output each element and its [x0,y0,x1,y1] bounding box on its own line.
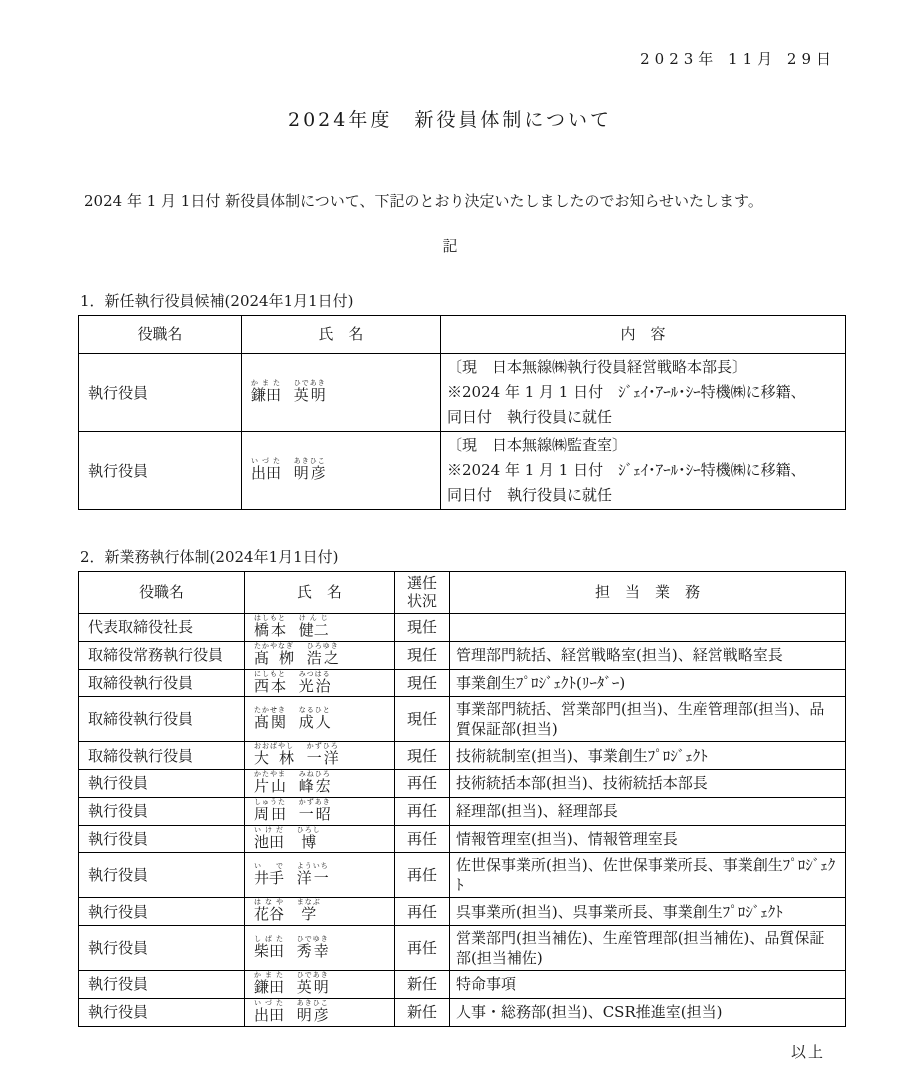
position-cell: 取締役執行役員 [79,742,245,770]
status-cell: 再任 [395,770,450,798]
status-cell: 再任 [395,926,450,971]
content-line: ※2024 年 1 月 1 日付 ｼﾞｪｲ･ｱｰﾙ･ｼｰ特機㈱に移籍、 [447,380,839,405]
content-line: 同日付 執行役員に就任 [447,483,839,508]
name-cell: 周田しゅうた 一昭かずあき [245,797,395,825]
position-cell: 執行役員 [79,853,245,898]
t1-header-2: 内 容 [441,315,846,353]
duties-cell: 技術統制室(担当)、事業創生ﾌﾟﾛｼﾞｪｸﾄ [450,742,846,770]
person-name-part: 橋本はしもと [254,621,286,639]
position-cell: 執行役員 [79,353,242,431]
position-cell: 執行役員 [79,971,245,999]
name-cell: 池田いけだ 博ひろし [245,825,395,853]
person-name-part: 峰宏みねひろ [299,777,331,795]
document-date: 2023年 11月 29日 [0,48,900,69]
t2-head-row: 役職名氏 名選任状況担 当 業 務 [79,571,846,614]
t2-header-2: 選任状況 [395,571,450,614]
t2-header-row: 役職名氏 名選任状況担 当 業 務 [79,571,846,614]
person-name-part: 出田いづた [251,464,281,482]
person-name-part: 髙栁たかやなぎ [254,649,294,667]
position-cell: 取締役常務執行役員 [79,641,245,669]
person-name-part: 明彦あきひこ [297,1006,329,1024]
person-name-part: 博ひろし [297,833,321,851]
status-cell: 現任 [395,669,450,697]
name-cell: 花谷はなや 学まなぶ [245,898,395,926]
name-cell: 髙関たかせき 成人なるひと [245,697,395,742]
person-name-part: 柴田しばた [254,942,284,960]
table-row: 取締役常務執行役員髙栁たかやなぎ 浩之ひろゆき現任管理部門統括、経営戦略室(担当… [79,641,846,669]
t1-head-row: 役職名氏 名内 容 [79,315,846,353]
table-row: 執行役員花谷はなや 学まなぶ再任呉事業所(担当)、呉事業所長、事業創生ﾌﾟﾛｼﾞ… [79,898,846,926]
person-name-part: 学まなぶ [297,905,321,923]
intro-paragraph: 2024 年 1 月 1日付 新役員体制について、下記のとおり決定いたしましたの… [84,190,850,213]
person-name-part: 池田いけだ [254,833,284,851]
t2-body: 代表取締役社長橋本はしもと 健二けんじ現任取締役常務執行役員髙栁たかやなぎ 浩之… [79,614,846,1027]
name-cell: 出田いづた 明彦あきひこ [242,431,441,509]
status-cell: 再任 [395,853,450,898]
duties-cell: 佐世保事業所(担当)、佐世保事業所長、事業創生ﾌﾟﾛｼﾞｪｸﾄ [450,853,846,898]
content-line: 〔現 日本無線㈱執行役員経営戦略本部長〕 [447,355,839,380]
duties-cell: 営業部門(担当補佐)、生産管理部(担当補佐)、品質保証部(担当補佐) [450,926,846,971]
name-cell: 鎌田かまた 英明ひであき [245,971,395,999]
business-execution-structure-table: 役職名氏 名選任状況担 当 業 務 代表取締役社長橋本はしもと 健二けんじ現任取… [78,571,846,1027]
content-cell: 〔現 日本無線㈱監査室〕※2024 年 1 月 1 日付 ｼﾞｪｲ･ｱｰﾙ･ｼｰ… [441,431,846,509]
table-row: 執行役員柴田しばた 秀幸ひでゆき再任営業部門(担当補佐)、生産管理部(担当補佐)… [79,926,846,971]
name-cell: 鎌田かまた 英明ひであき [242,353,441,431]
person-name-part: 井手いで [254,869,284,887]
person-name-part: 西本にしもと [254,677,286,695]
table-row: 執行役員出田いづた 明彦あきひこ新任人事・総務部(担当)、CSR推進室(担当) [79,998,846,1026]
status-cell: 現任 [395,742,450,770]
name-cell: 西本にしもと 光治みつはる [245,669,395,697]
t2-header-0: 役職名 [79,571,245,614]
position-cell: 取締役執行役員 [79,697,245,742]
duties-cell [450,614,846,642]
duties-cell: 事業部門統括、営業部門(担当)、生産管理部(担当)、品質保証部(担当) [450,697,846,742]
content-line: 〔現 日本無線㈱監査室〕 [447,433,839,458]
table-row: 代表取締役社長橋本はしもと 健二けんじ現任 [79,614,846,642]
person-name-part: 浩之ひろゆき [307,649,339,667]
position-cell: 執行役員 [79,770,245,798]
duties-cell: 技術統括本部(担当)、技術統括本部長 [450,770,846,798]
duties-cell: 経理部(担当)、経理部長 [450,797,846,825]
content-cell: 〔現 日本無線㈱執行役員経営戦略本部長〕※2024 年 1 月 1 日付 ｼﾞｪ… [441,353,846,431]
status-cell: 再任 [395,898,450,926]
duties-cell: 特命事項 [450,971,846,999]
duties-cell: 人事・総務部(担当)、CSR推進室(担当) [450,998,846,1026]
status-cell: 再任 [395,825,450,853]
t1-body: 執行役員鎌田かまた 英明ひであき〔現 日本無線㈱執行役員経営戦略本部長〕※202… [79,353,846,509]
table-row: 執行役員鎌田かまた 英明ひであき〔現 日本無線㈱執行役員経営戦略本部長〕※202… [79,353,846,431]
closing-marker: 以上 [0,1041,900,1062]
person-name-part: 秀幸ひでゆき [297,942,329,960]
status-cell: 新任 [395,971,450,999]
table-row: 執行役員片山かたやま 峰宏みねひろ再任技術統括本部(担当)、技術統括本部長 [79,770,846,798]
name-cell: 橋本はしもと 健二けんじ [245,614,395,642]
name-cell: 井手いで 洋一よういち [245,853,395,898]
section2-heading: 2．新業務執行体制(2024年1月1日付) [80,546,900,567]
position-cell: 執行役員 [79,431,242,509]
status-cell: 新任 [395,998,450,1026]
person-name-part: 鎌田かまた [254,978,284,996]
name-cell: 出田いづた 明彦あきひこ [245,998,395,1026]
table-row: 執行役員鎌田かまた 英明ひであき新任特命事項 [79,971,846,999]
t2-header-3: 担 当 業 務 [450,571,846,614]
position-cell: 執行役員 [79,797,245,825]
ki-marker: 記 [0,235,900,256]
document-page: 2023年 11月 29日 2024年度 新役員体制について 2024 年 1 … [0,0,900,1074]
t1-header-0: 役職名 [79,315,242,353]
person-name-part: 大林おおばやし [254,749,294,767]
status-cell: 現任 [395,614,450,642]
status-cell: 現任 [395,697,450,742]
duties-cell: 呉事業所(担当)、呉事業所長、事業創生ﾌﾟﾛｼﾞｪｸﾄ [450,898,846,926]
table-row: 取締役執行役員大林おおばやし 一洋かずひろ現任技術統制室(担当)、事業創生ﾌﾟﾛ… [79,742,846,770]
new-executive-candidates-table: 役職名氏 名内 容 執行役員鎌田かまた 英明ひであき〔現 日本無線㈱執行役員経営… [78,315,846,510]
section1-heading: 1．新任執行役員候補(2024年1月1日付) [80,290,900,311]
content-line: ※2024 年 1 月 1 日付 ｼﾞｪｲ･ｱｰﾙ･ｼｰ特機㈱に移籍、 [447,458,839,483]
name-cell: 片山かたやま 峰宏みねひろ [245,770,395,798]
table-row: 取締役執行役員髙関たかせき 成人なるひと現任事業部門統括、営業部門(担当)、生産… [79,697,846,742]
name-cell: 大林おおばやし 一洋かずひろ [245,742,395,770]
person-name-part: 髙関たかせき [254,713,286,731]
person-name-part: 花谷はなや [254,905,284,923]
table-row: 取締役執行役員西本にしもと 光治みつはる現任事業創生ﾌﾟﾛｼﾞｪｸﾄ(ﾘｰﾀﾞｰ… [79,669,846,697]
person-name-part: 光治みつはる [299,677,331,695]
table-row: 執行役員池田いけだ 博ひろし再任情報管理室(担当)、情報管理室長 [79,825,846,853]
position-cell: 取締役執行役員 [79,669,245,697]
person-name-part: 周田しゅうた [254,805,286,823]
content-line: 同日付 執行役員に就任 [447,405,839,430]
position-cell: 代表取締役社長 [79,614,245,642]
duties-cell: 管理部門統括、経営戦略室(担当)、経営戦略室長 [450,641,846,669]
name-cell: 髙栁たかやなぎ 浩之ひろゆき [245,641,395,669]
duties-cell: 事業創生ﾌﾟﾛｼﾞｪｸﾄ(ﾘｰﾀﾞｰ) [450,669,846,697]
page-title: 2024年度 新役員体制について [0,105,900,132]
person-name-part: 一昭かずあき [299,805,331,823]
person-name-part: 明彦あきひこ [294,464,326,482]
person-name-part: 鎌田かまた [251,386,281,404]
t2-header-1: 氏 名 [245,571,395,614]
status-cell: 再任 [395,797,450,825]
position-cell: 執行役員 [79,998,245,1026]
duties-cell: 情報管理室(担当)、情報管理室長 [450,825,846,853]
person-name-part: 一洋かずひろ [307,749,339,767]
person-name-part: 洋一よういち [297,869,329,887]
person-name-part: 英明ひであき [297,978,329,996]
person-name-part: 成人なるひと [299,713,331,731]
person-name-part: 健二けんじ [299,621,329,639]
person-name-part: 出田いづた [254,1006,284,1024]
position-cell: 執行役員 [79,926,245,971]
table-row: 執行役員井手いで 洋一よういち再任佐世保事業所(担当)、佐世保事業所長、事業創生… [79,853,846,898]
position-cell: 執行役員 [79,825,245,853]
person-name-part: 片山かたやま [254,777,286,795]
status-cell: 現任 [395,641,450,669]
t1-header-row: 役職名氏 名内 容 [79,315,846,353]
position-cell: 執行役員 [79,898,245,926]
person-name-part: 英明ひであき [294,386,326,404]
name-cell: 柴田しばた 秀幸ひでゆき [245,926,395,971]
t1-header-1: 氏 名 [242,315,441,353]
table-row: 執行役員出田いづた 明彦あきひこ〔現 日本無線㈱監査室〕※2024 年 1 月 … [79,431,846,509]
table-row: 執行役員周田しゅうた 一昭かずあき再任経理部(担当)、経理部長 [79,797,846,825]
